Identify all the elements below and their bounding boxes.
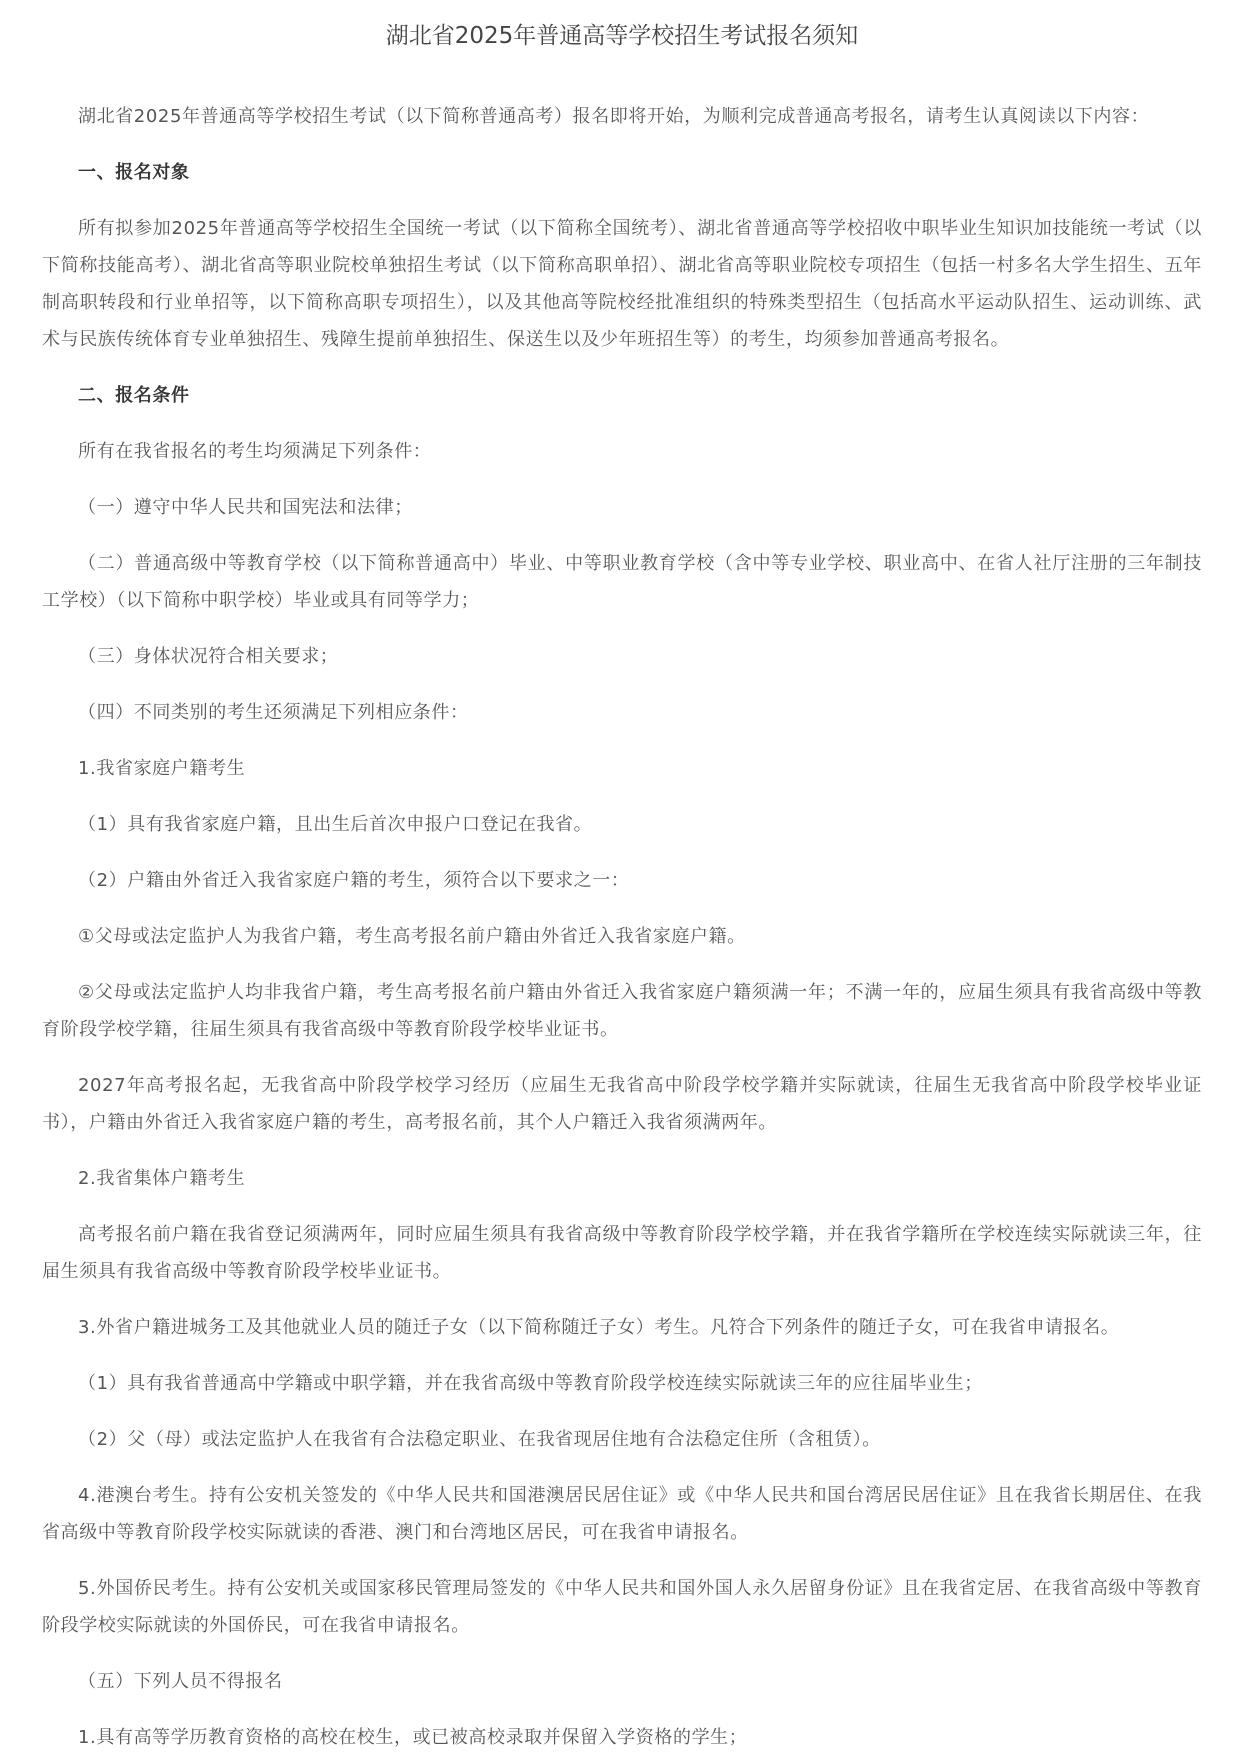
intro-paragraph: 湖北省2025年普通高等学校招生考试（以下简称普通高考）报名即将开始，为顺利完成… xyxy=(42,98,1202,135)
ineligible-rule-1: 1.具有高等学历教育资格的高校在校生，或已被高校录取并保留入学资格的学生； xyxy=(42,1719,1202,1753)
subheading-migrant-children: 3.外省户籍进城务工及其他就业人员的随迁子女（以下简称随迁子女）考生。凡符合下列… xyxy=(42,1309,1202,1346)
local-household-rule-1: （1）具有我省家庭户籍，且出生后首次申报户口登记在我省。 xyxy=(42,806,1202,843)
transfer-rule-circled-1: ①父母或法定监护人为我省户籍，考生高考报名前户籍由外省迁入我省家庭户籍。 xyxy=(42,918,1202,955)
conditions-intro-paragraph: 所有在我省报名的考生均须满足下列条件： xyxy=(42,433,1202,470)
document-title: 湖北省2025年普通高等学校招生考试报名须知 xyxy=(42,0,1202,52)
migrant-children-rule-2: （2）父（母）或法定监护人在我省有合法稳定职业、在我省现居住地有合法稳定住所（含… xyxy=(42,1421,1202,1458)
collective-household-rule: 高考报名前户籍在我省登记须满两年，同时应届生须具有我省高级中等教育阶段学校学籍，… xyxy=(42,1216,1202,1290)
document-page: 湖北省2025年普通高等学校招生考试报名须知 湖北省2025年普通高等学校招生考… xyxy=(0,0,1240,1753)
migrant-children-rule-1: （1）具有我省普通高中学籍或中职学籍，并在我省高级中等教育阶段学校连续实际就读三… xyxy=(42,1365,1202,1402)
section1-body-paragraph: 所有拟参加2025年普通高等学校招生全国统一考试（以下简称全国统考）、湖北省普通… xyxy=(42,210,1202,358)
condition-item-1: （一）遵守中华人民共和国宪法和法律； xyxy=(42,489,1202,526)
condition-item-2: （二）普通高级中等教育学校（以下简称普通高中）毕业、中等职业教育学校（含中等专业… xyxy=(42,545,1202,619)
foreign-nationals-rule: 5.外国侨民考生。持有公安机关或国家移民管理局签发的《中华人民共和国外国人永久居… xyxy=(42,1570,1202,1644)
condition-item-3: （三）身体状况符合相关要求； xyxy=(42,638,1202,675)
condition-item-5: （五）下列人员不得报名 xyxy=(42,1663,1202,1700)
local-household-rule-2: （2）户籍由外省迁入我省家庭户籍的考生，须符合以下要求之一： xyxy=(42,862,1202,899)
subheading-collective-household: 2.我省集体户籍考生 xyxy=(42,1160,1202,1197)
hk-macao-taiwan-rule: 4.港澳台考生。持有公安机关签发的《中华人民共和国港澳居民居住证》或《中华人民共… xyxy=(42,1477,1202,1551)
section-heading-registration-targets: 一、报名对象 xyxy=(42,154,1202,191)
section-heading-registration-conditions: 二、报名条件 xyxy=(42,377,1202,414)
transfer-rule-circled-2: ②父母或法定监护人均非我省户籍，考生高考报名前户籍由外省迁入我省家庭户籍须满一年… xyxy=(42,974,1202,1048)
condition-item-4: （四）不同类别的考生还须满足下列相应条件： xyxy=(42,694,1202,731)
rule-from-2027: 2027年高考报名起，无我省高中阶段学校学习经历（应届生无我省高中阶段学校学籍并… xyxy=(42,1067,1202,1141)
subheading-local-family-household: 1.我省家庭户籍考生 xyxy=(42,750,1202,787)
